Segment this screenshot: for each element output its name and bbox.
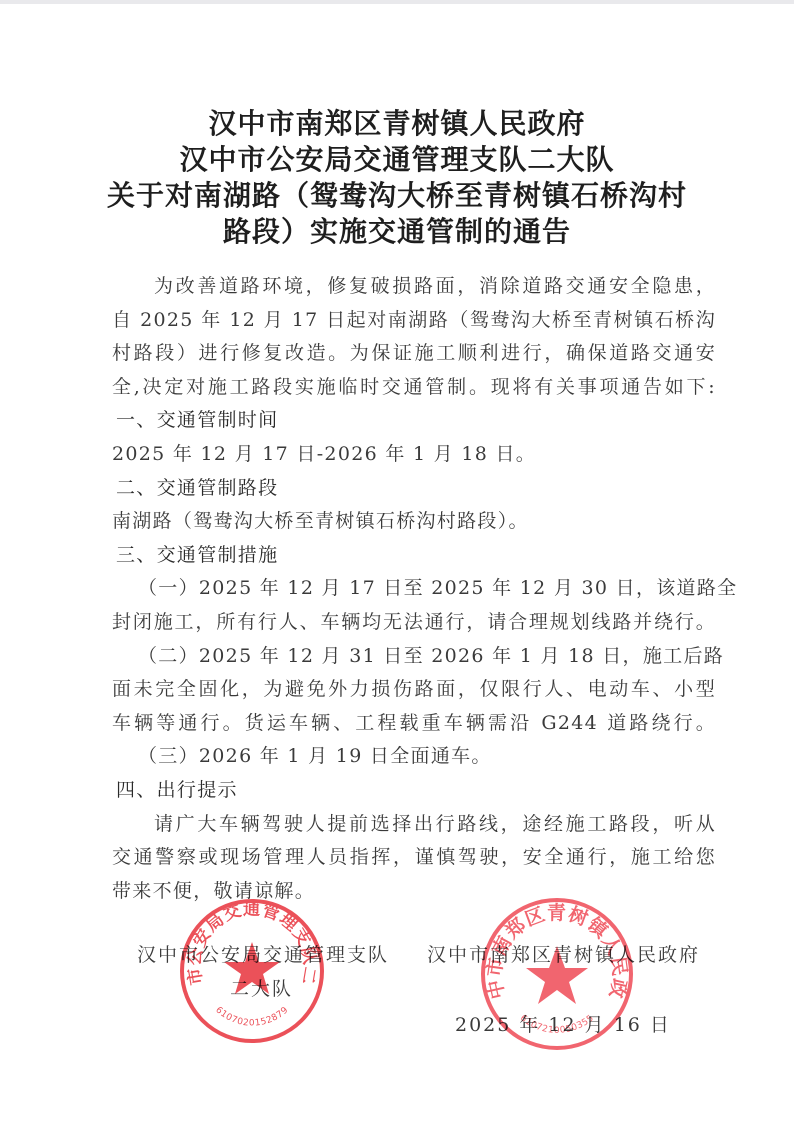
scan-edge: [0, 0, 794, 4]
measure-line: 车辆等通行。货运车辆、工程载重车辆需沿 G244 道路绕行。: [112, 707, 716, 741]
measure-line: （二）2025 年 12 月 31 日至 2026 年 1 月 18 日，施工后…: [112, 640, 716, 674]
svg-text:6107020152879: 6107020152879: [213, 1005, 290, 1028]
section-heading: 二、交通管制路段: [112, 472, 716, 506]
title-line: 路段）实施交通管制的通告: [0, 214, 794, 250]
svg-text:6107210050355: 6107210050355: [518, 1013, 596, 1036]
title-line: 关于对南湖路（鸳鸯沟大桥至青树镇石桥沟村: [0, 178, 794, 214]
intro-line: 村路段）进行修复改造。为保证施工顺利进行，确保道路交通安: [112, 337, 716, 371]
section-heading: 一、交通管制时间: [112, 404, 716, 438]
title-line: 汉中市南郑区青树镇人民政府: [0, 106, 794, 142]
intro-line: 全,决定对施工路段实施临时交通管制。现将有关事项通告如下:: [112, 371, 716, 405]
section-heading: 四、出行提示: [112, 774, 716, 808]
document-title: 汉中市南郑区青树镇人民政府 汉中市公安局交通管理支队二大队 关于对南湖路（鸳鸯沟…: [0, 106, 794, 250]
measure-line: （三）2026 年 1 月 19 日全面通车。: [112, 740, 716, 774]
title-line: 汉中市公安局交通管理支队二大队: [0, 142, 794, 178]
township-government-seal-icon: 汉中市南郑区青树镇人民政府 6107210050355: [477, 894, 637, 1054]
intro-line: 自 2025 年 12 月 17 日起对南湖路（鸳鸯沟大桥至青树镇石桥沟: [112, 304, 716, 338]
section-heading: 三、交通管制措施: [112, 539, 716, 573]
document-body: 为改善道路环境，修复破损路面，消除道路交通安全隐患， 自 2025 年 12 月…: [112, 270, 716, 908]
measure-line: 面未完全固化，为避免外力损伤路面，仅限行人、电动车、小型: [112, 673, 716, 707]
measure-line: 封闭施工，所有行人、车辆均无法通行，请合理规划线路并绕行。: [112, 606, 716, 640]
measure-line: （一）2025 年 12 月 17 日至 2025 年 12 月 30 日，该道…: [112, 572, 716, 606]
section-line: 2025 年 12 月 17 日-2026 年 1 月 18 日。: [112, 438, 716, 472]
traffic-police-seal-icon: 汉中市公安局交通管理支队二大队 6107020152879: [177, 896, 327, 1046]
tip-line: 请广大车辆驾驶人提前选择出行路线，途经施工路段，听从: [112, 808, 716, 842]
tip-line: 交通警察或现场管理人员指挥，谨慎驾驶，安全通行，施工给您: [112, 841, 716, 875]
section-line: 南湖路（鸳鸯沟大桥至青树镇石桥沟村路段）。: [112, 505, 716, 539]
intro-line: 为改善道路环境，修复破损路面，消除道路交通安全隐患，: [112, 270, 716, 304]
